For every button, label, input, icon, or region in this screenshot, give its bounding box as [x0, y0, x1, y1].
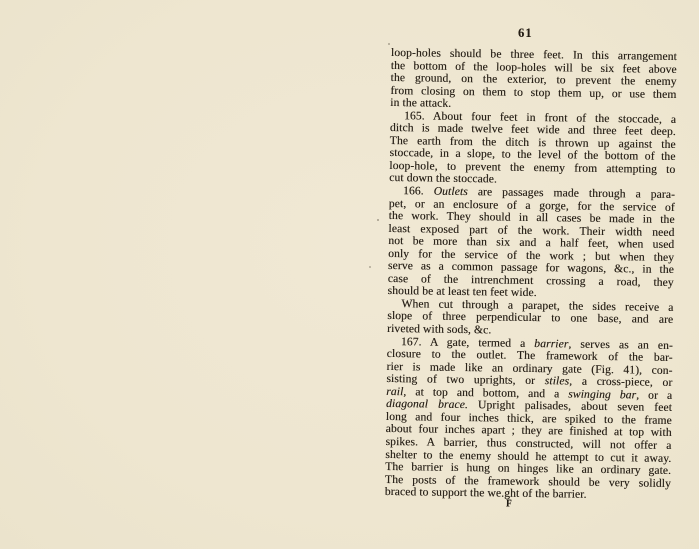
ink-speck — [377, 219, 379, 221]
page-number: 61 — [518, 26, 533, 41]
printer-mark: F — [506, 497, 512, 509]
book-page: 61 loop-holes should be three feet. In t… — [0, 0, 699, 549]
ink-speck — [369, 266, 371, 268]
ink-speck — [388, 43, 390, 45]
text-column: loop-holes should be three feet. In this… — [385, 47, 677, 503]
